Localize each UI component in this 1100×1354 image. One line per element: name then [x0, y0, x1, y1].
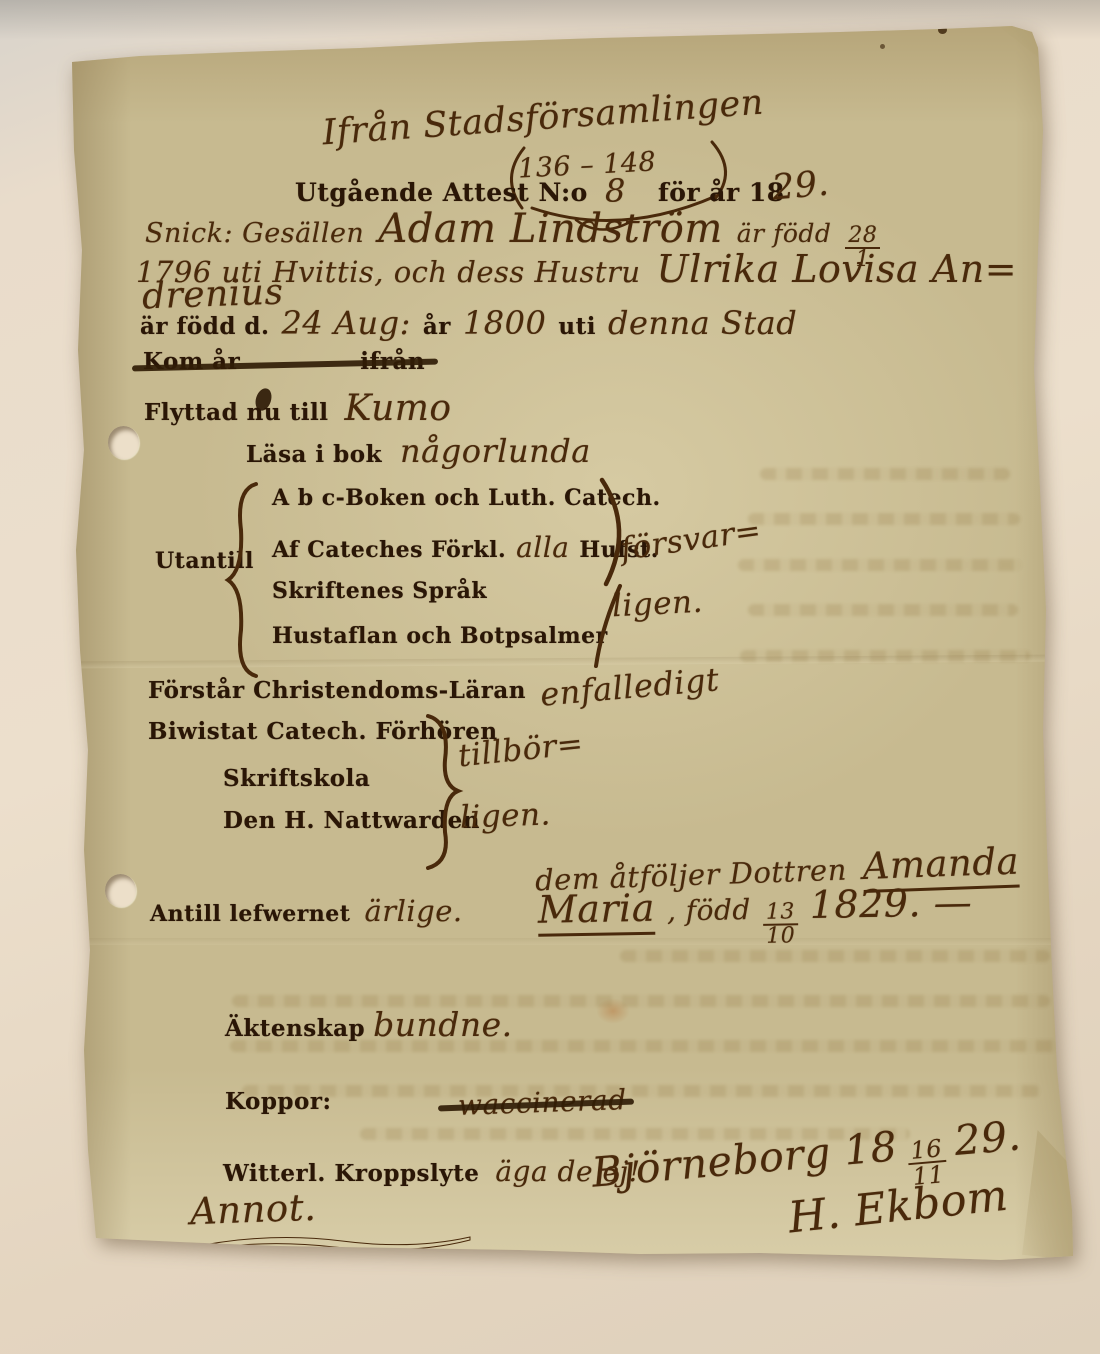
moved-destination-handwritten: Kumo — [344, 388, 451, 429]
date-year: 29. — [952, 1111, 1023, 1165]
born-line: är född d. 24 Aug: år 1800 uti denna Sta… — [140, 304, 797, 342]
born-year-handwritten: 1800 — [463, 304, 546, 342]
understands-grade-handwritten: enfalledigt — [539, 660, 721, 713]
attended-grade-2: ligen. — [459, 796, 551, 835]
reads-line: Läsa i bok någorlunda — [246, 432, 591, 470]
paper-wrapper: Ifrån Stadsförsamlingen 136 – 148 Utgåen… — [0, 0, 1100, 1354]
title-attest-number: 8 — [605, 172, 626, 210]
born-date-handwritten: 24 Aug: — [282, 304, 411, 342]
born-printed-1: är född d. — [140, 313, 270, 340]
reads-grade-handwritten: någorlunda — [400, 432, 591, 470]
bottom-right-corner-fold — [1022, 1130, 1074, 1260]
bleed-through-line — [748, 604, 1018, 616]
daughter-middle-name: Maria — [537, 886, 655, 937]
born-place-handwritten: denna Stad — [608, 304, 797, 342]
understands-printed: Förstår Christendoms-Läran — [148, 677, 526, 704]
title-year-handwritten: 29. — [770, 164, 830, 209]
attended-item-2: Skriftskola — [223, 765, 370, 792]
person-name: Adam Lindström — [378, 206, 722, 252]
companion-line-2: Maria , född 13 10 1829. — — [537, 880, 972, 951]
deformity-line: Witterl. Kroppslyte äga de ej! — [223, 1155, 640, 1188]
marriage-line: Äktenskap bundne. — [225, 1005, 513, 1044]
brace-left — [220, 478, 266, 682]
bleed-through-line — [740, 650, 1030, 662]
deformity-printed: Witterl. Kroppslyte — [223, 1160, 479, 1187]
wife-name: Ulrika Lovisa An= — [657, 247, 1017, 291]
brace-right — [420, 710, 466, 872]
moved-line: Flyttad nu till Kumo — [144, 388, 452, 429]
utantill-grade-2: ligen. — [611, 584, 704, 625]
photo-of-document: { "colors":{"paper":"#c7ba90","backgroun… — [0, 0, 1100, 1354]
top-right-corner-fold — [998, 20, 1044, 62]
utantill-item-4: Hustaflan och Botpsalmer — [272, 623, 608, 649]
item2-printed-a: Af Cateches Förkl. — [272, 537, 506, 563]
understands-line: Förstår Christendoms-Läran enfalledigt — [148, 668, 719, 706]
conduct-grade-handwritten: ärlige. — [364, 894, 462, 928]
ink-speck — [938, 26, 947, 34]
marriage-printed: Äktenskap — [225, 1015, 365, 1042]
bleed-through-line — [760, 468, 1010, 480]
person-born-text: är född — [737, 219, 832, 248]
bleed-through-line — [748, 513, 1020, 525]
bleed-through-line — [242, 1085, 1040, 1097]
punch-hole — [108, 426, 139, 459]
marriage-status-handwritten: bundne. — [373, 1005, 513, 1044]
conduct-line: Antill lefwernet ärlige. — [150, 894, 463, 928]
daughter-birthdate-fraction: 13 10 — [763, 902, 799, 947]
came-year-printed: Kom år — [143, 348, 240, 375]
companion-born-text: , född — [667, 893, 751, 927]
annotation-handwritten: Annot. — [189, 1186, 317, 1233]
pox-printed: Koppor: — [225, 1088, 331, 1115]
person-occupation: Snick: Gesällen — [145, 218, 364, 249]
daughter-birth-year: 1829. — — [809, 880, 972, 927]
born-printed-2: år — [423, 313, 451, 340]
ink-speck — [880, 44, 885, 49]
born-printed-3: uti — [558, 313, 596, 340]
conduct-printed: Antill lefwernet — [150, 901, 350, 927]
annotation-flourish-underline — [192, 1228, 482, 1256]
attest-document-paper: Ifrån Stadsförsamlingen 136 – 148 Utgåen… — [60, 10, 1076, 1268]
title-year-printed: för år 18 — [658, 178, 785, 207]
reads-printed: Läsa i bok — [246, 441, 382, 468]
item2-handwritten: alla — [516, 531, 569, 564]
utantill-item-3: Skriftenes Språk — [272, 578, 487, 604]
bleed-through-line — [620, 950, 1050, 962]
punch-hole — [105, 874, 136, 907]
title-printed: Utgående Attest N:o — [295, 178, 588, 207]
bleed-through-line — [738, 559, 1022, 571]
moved-printed: Flyttad nu till — [144, 399, 328, 426]
